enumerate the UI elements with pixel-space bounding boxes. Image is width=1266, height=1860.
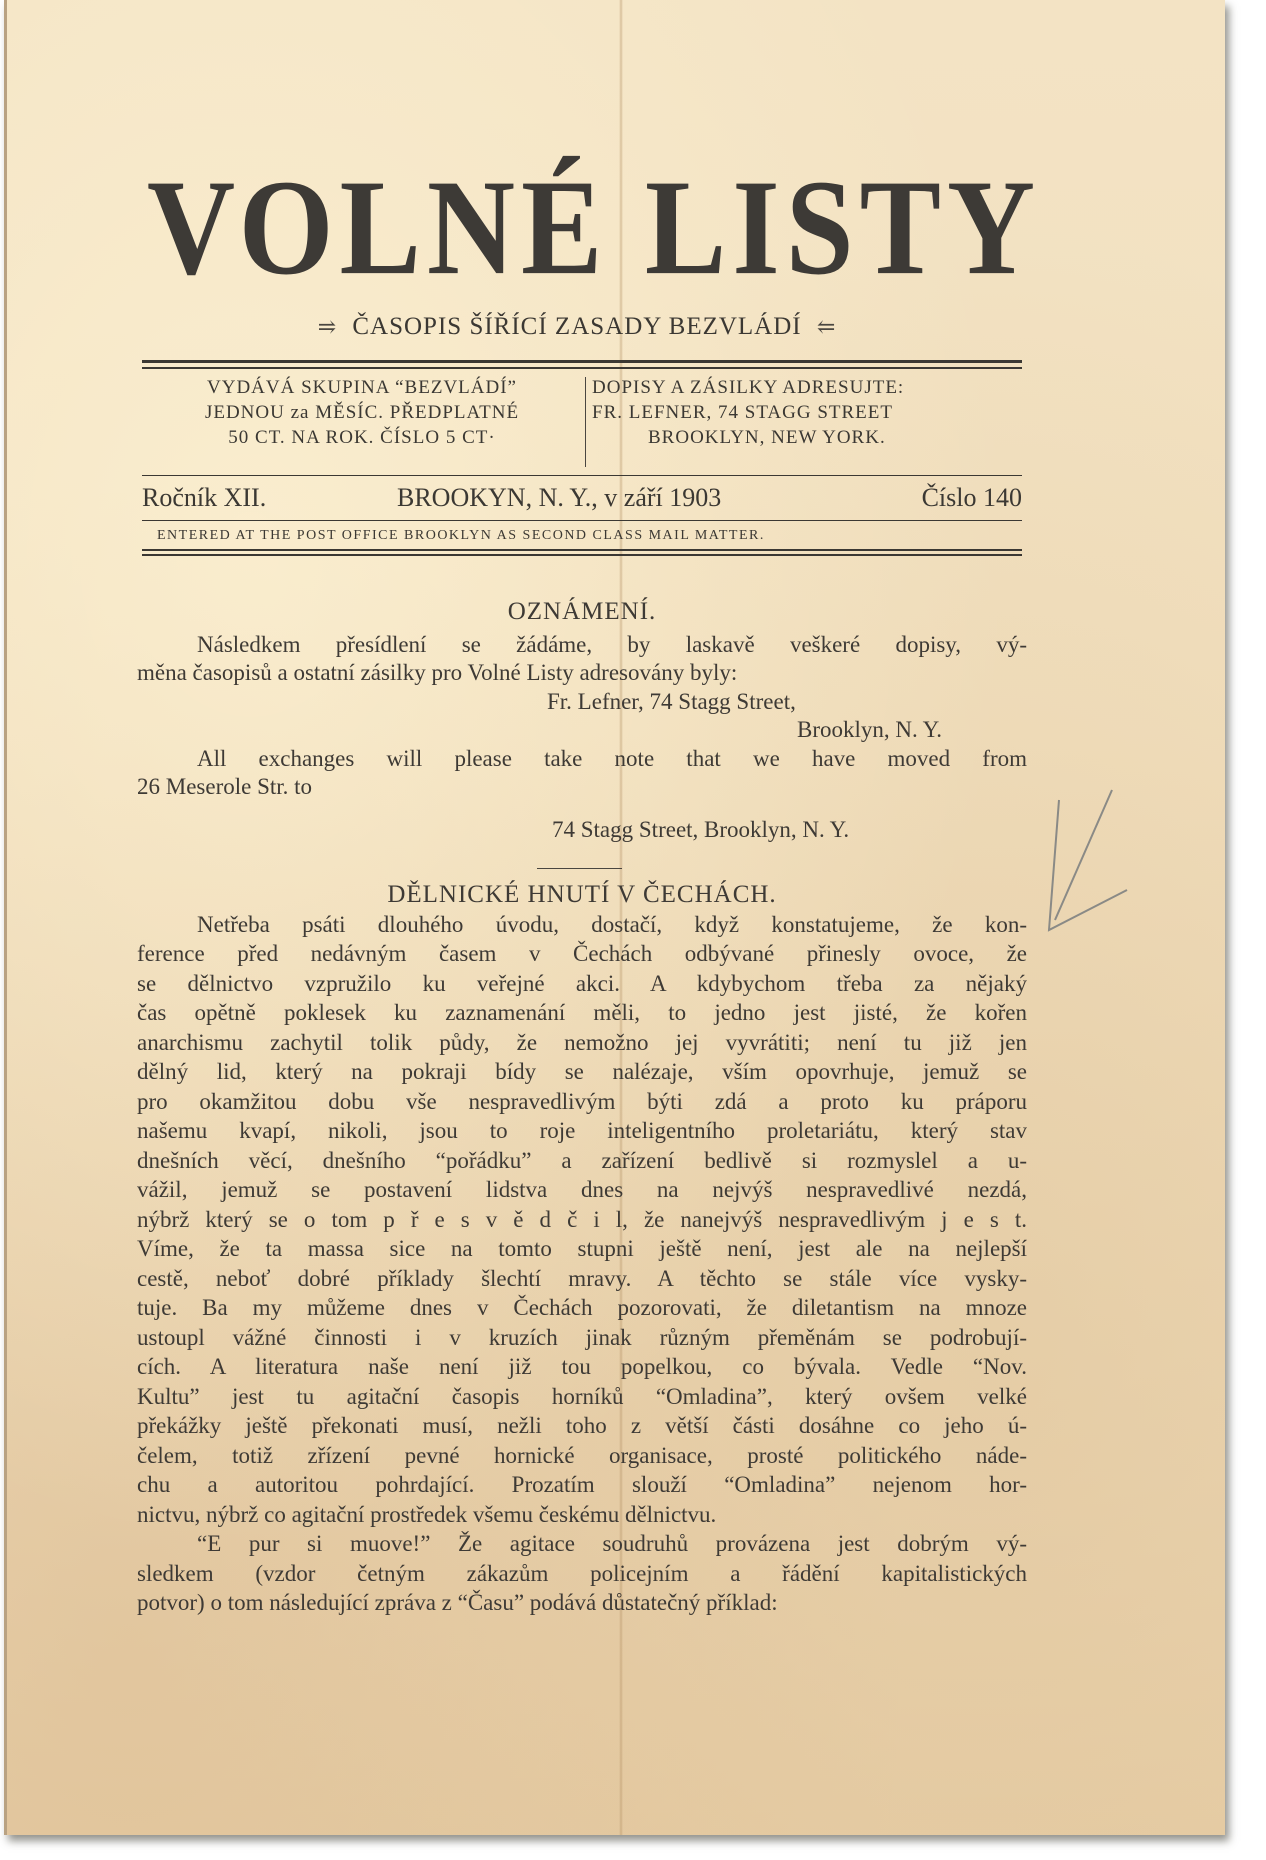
new-address: 74 Stagg Street, Brooklyn, N. Y. [137,816,1027,845]
article-line: Netřeba psáti dlouhého úvodu, dostačí, k… [137,910,1027,940]
article-line: čelem, totiž zřízení pevné hornické orga… [137,1441,1027,1471]
article-line: cích. A literatura naše není již tou pop… [137,1352,1027,1382]
issue-line: Ročník XII. BROOKYN, N. Y., v září 1903 … [142,483,1022,517]
box-divider [585,377,586,467]
announcement-line: Následkem přesídlení se žádáme, by laska… [137,631,1027,660]
article-line: Víme, že ta massa sice na tomto stupni j… [137,1234,1027,1264]
article: DĚLNICKÉ HNUTÍ V ČECHÁCH. Netřeba psáti … [137,880,1027,1618]
issue-rule-top [142,475,1022,476]
section-divider [537,868,622,869]
publisher-line: VYDÁVÁ SKUPINA “BEZVLÁDÍ” [142,375,582,400]
masthead-title: VOLNÉ LISTY [147,160,1027,297]
article-line: “E pur si muove!” Že agitace soudruhů pr… [137,1529,1027,1559]
article-line: se dělnictvo vzpružilo ku veřejné akci. … [137,969,1027,999]
article-line: tuje. Ba my můžeme dnes v Čechách pozoro… [137,1293,1027,1323]
article-line: sledkem (vzdor četným zákazům policejním… [137,1559,1027,1589]
article-heading: DĚLNICKÉ HNUTÍ V ČECHÁCH. [137,880,1027,910]
volume-label: Ročník XII. [142,483,266,513]
article-line: nictvu, nýbrž co agitační prostředek vše… [137,1500,1027,1530]
announcement-english-line: All exchanges will please take note that… [137,745,1027,774]
address-line: BROOKLYN, NEW YORK. [592,425,1022,450]
article-paragraph: Netřeba psáti dlouhého úvodu, dostačí, k… [137,910,1027,1530]
address-line: FR. LEFNER, 74 STAGG STREET [592,400,1022,425]
article-line: dělný lid, který na pokraji bídy se nalé… [137,1057,1027,1087]
publisher-line: 50 CT. NA ROK. ČÍSLO 5 CT· [142,425,582,450]
article-line: překážky ještě překonati musí, nežli toh… [137,1411,1027,1441]
article-line: pro okamžitou dobu vše nespravedlivým bý… [137,1087,1027,1117]
article-line: vážil, jemuž se postavení lidstva dnes n… [137,1175,1027,1205]
article-line: cestě, neboť dobré příklady šlechtí mrav… [137,1264,1027,1294]
masthead-subtitle: ⥤ ČASOPIS ŠÍŘÍCÍ ZASADY BEZVLÁDÍ ⥢ [247,313,907,341]
article-line: Kultu” jest tu agitační časopis horníků … [137,1382,1027,1412]
article-line: nýbrž který se o tom p ř e s v ě d č i l… [137,1205,1027,1235]
address-line: DOPISY A ZÁSILKY ADRESUJTE: [592,375,1022,400]
entered-double-rule-bottom [142,554,1022,556]
ornament-right-icon: ⥢ [809,314,844,339]
address-info: DOPISY A ZÁSILKY ADRESUJTE: FR. LEFNER, … [592,375,1022,450]
address-line: Brooklyn, N. Y. [137,716,1027,745]
header-double-rule-bottom [142,367,1022,369]
publisher-line: JEDNOU za MĚSÍC. PŘEDPLATNÉ [142,400,582,425]
article-line: našemu kvapí, nikoli, jsou to roje intel… [137,1116,1027,1146]
address-line: Fr. Lefner, 74 Stagg Street, [137,688,1027,717]
publisher-box: VYDÁVÁ SKUPINA “BEZVLÁDÍ” JEDNOU za MĚSÍ… [142,375,1022,475]
article-line: dnešních věcí, dnešního “pořádku” a zaří… [137,1146,1027,1176]
newspaper-page: VOLNÉ LISTY ⥤ ČASOPIS ŠÍŘÍCÍ ZASADY BEZV… [4,0,1225,1835]
header-double-rule-top [142,360,1022,363]
issue-rule-bottom [142,520,1022,521]
announcement-heading: OZNÁMENÍ. [137,598,1027,627]
article-line: potvor) o tom následující zpráva z “Času… [137,1588,1027,1618]
publisher-info: VYDÁVÁ SKUPINA “BEZVLÁDÍ” JEDNOU za MĚSÍ… [142,375,582,450]
place-date: BROOKYN, N. Y., v září 1903 [397,483,721,513]
issue-number: Číslo 140 [922,483,1022,513]
ornament-left-icon: ⥤ [310,314,345,339]
postal-entry-note: ENTERED AT THE POST OFFICE BROOKLYN AS S… [157,528,1017,544]
announcement-line: měna časopisů a ostatní zásilky pro Voln… [137,659,1027,688]
article-paragraph: “E pur si muove!” Že agitace soudruhů pr… [137,1529,1027,1618]
article-line: ustoupl vážné činnosti i v kruzích jinak… [137,1323,1027,1353]
article-line: chu a autoritou pohrdající. Prozatím slo… [137,1470,1027,1500]
article-line: ference před nedávným časem v Čechách od… [137,939,1027,969]
entered-double-rule-top [142,549,1022,551]
subtitle-text: ČASOPIS ŠÍŘÍCÍ ZASADY BEZVLÁDÍ [352,313,801,340]
article-line: čas opětně poklesek ku zaznamenání měli,… [137,998,1027,1028]
pencil-arrow-icon [1027,780,1137,940]
announcement: OZNÁMENÍ. Následkem přesídlení se žádáme… [137,598,1027,844]
article-line: anarchismu zachytil tolik půdy, že nemož… [137,1028,1027,1058]
announcement-english-line: 26 Meserole Str. to [137,773,1027,802]
